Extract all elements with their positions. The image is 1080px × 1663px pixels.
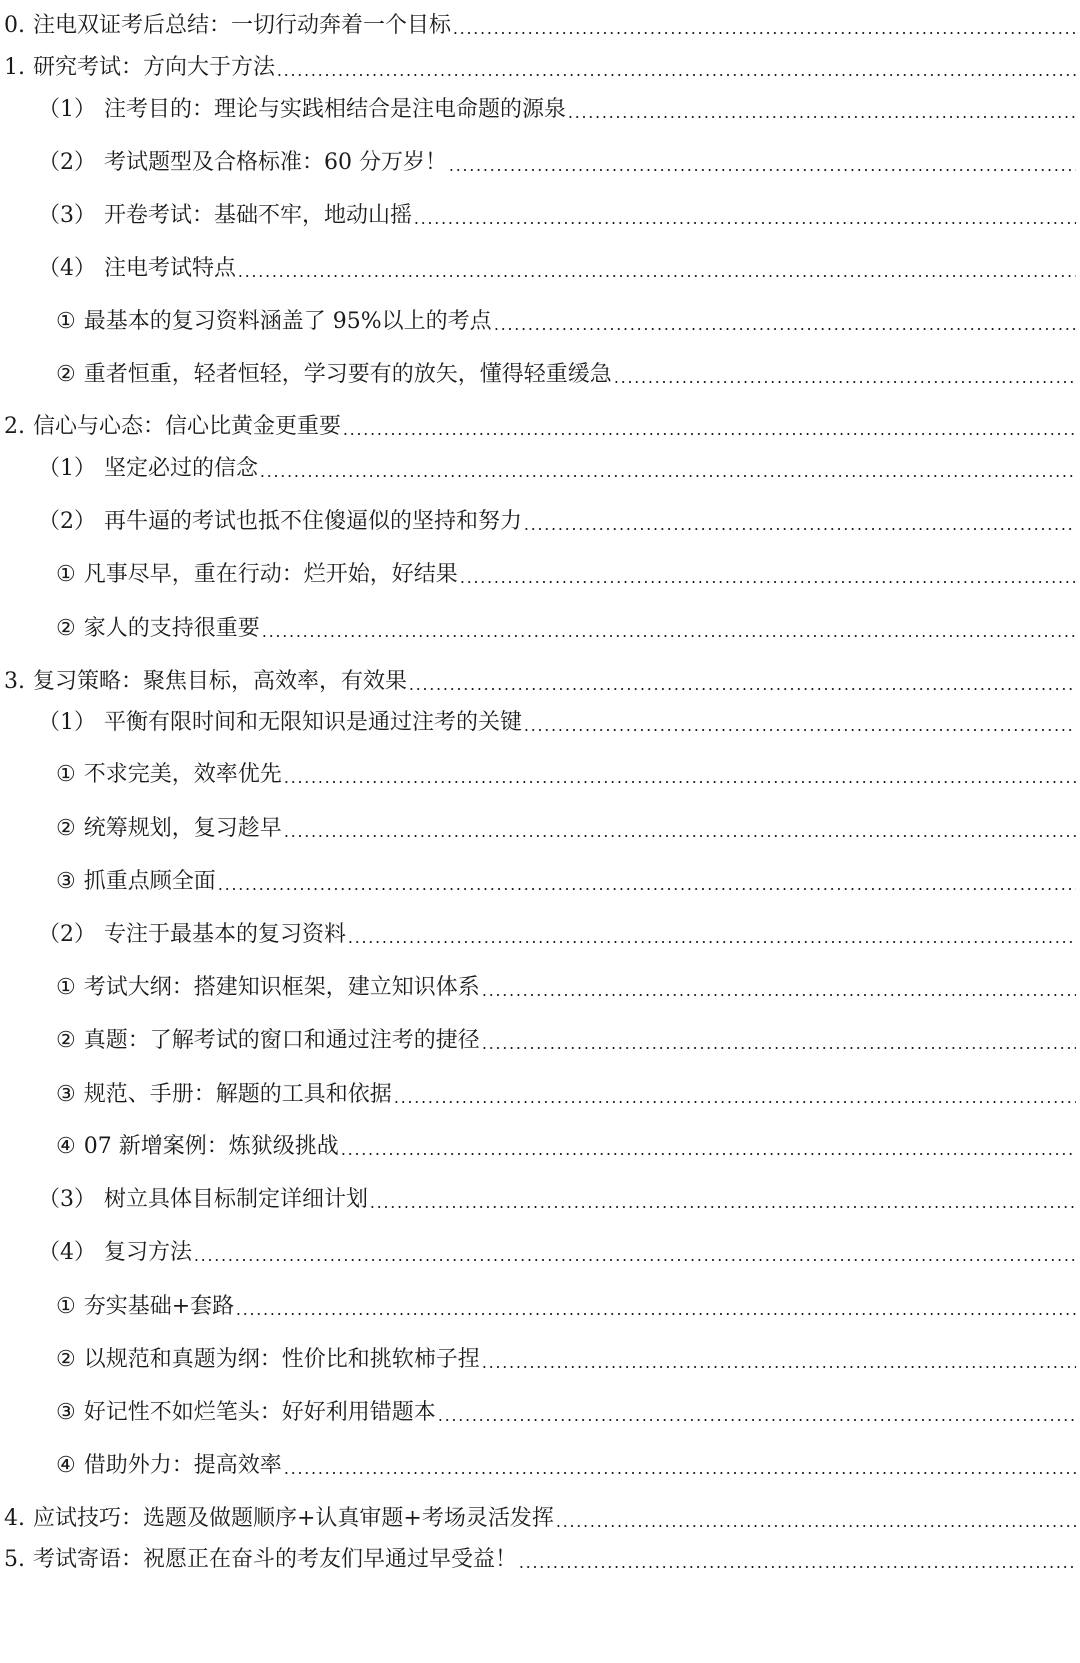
dot-leader [452,32,1076,34]
entry-title: 最基本的复习资料涵盖了 95%以上的考点 [84,309,492,334]
toc-entry[interactable]: ②统筹规划，复习趁早 [0,803,1076,843]
entry-number: ③ [56,1081,76,1109]
toc-entry[interactable]: （3）开卷考试：基础不牢，地动山摇 [0,190,1076,230]
dot-leader [217,888,1076,890]
toc-entry[interactable]: 2.信心与心态：信心比黄金更重要 [0,401,1076,441]
toc-entry[interactable]: 1.研究考试：方向大于方法 [0,42,1076,82]
entry-number: （1） [38,455,96,483]
table-of-contents: 0.注电双证考后总结：一切行动奔着一个目标 1.研究考试：方向大于方法 （1）注… [0,0,1080,1663]
entry-title: 统筹规划，复习趁早 [84,816,282,841]
toc-entry[interactable]: ②家人的支持很重要 [0,603,1076,643]
toc-entry[interactable]: ②以规范和真题为纲：性价比和挑软柿子捏 [0,1334,1076,1374]
toc-entry[interactable]: （2）专注于最基本的复习资料 [0,909,1076,949]
toc-entry[interactable]: 4.应试技巧：选题及做题顺序+认真审题+考场灵活发挥 [0,1493,1076,1533]
entry-title: 复习策略：聚焦目标，高效率，有效果 [33,669,407,694]
entry-number: （4） [38,255,96,283]
entry-number: （1） [38,96,96,124]
entry-number: ④ [56,1133,76,1161]
dot-leader [555,1525,1076,1527]
dot-leader [276,74,1076,76]
entry-number: ④ [56,1452,76,1480]
dot-leader [567,116,1076,118]
dot-leader [518,1566,1076,1568]
entry-title: 凡事尽早，重在行动：烂开始，好结果 [84,562,458,587]
entry-number: （4） [38,1239,96,1267]
entry-number: （3） [38,1186,96,1214]
dot-leader [413,222,1076,224]
dot-leader [193,1259,1076,1261]
entry-title: 注电双证考后总结：一切行动奔着一个目标 [33,13,451,38]
entry-title: 考试大纲：搭建知识框架，建立知识体系 [84,975,480,1000]
entry-title: 真题：了解考试的窗口和通过注考的捷径 [84,1028,480,1053]
dot-leader [613,381,1076,383]
entry-number: 5. [4,1546,25,1574]
toc-entry[interactable]: （1）平衡有限时间和无限知识是通过注考的关键 [0,697,1076,737]
entry-number: 0. [4,12,25,40]
toc-entry[interactable]: ①最基本的复习资料涵盖了 95%以上的考点 [0,296,1076,336]
dot-leader [237,275,1076,277]
entry-title: 考试寄语：祝愿正在奋斗的考友们早通过早受益！ [33,1547,517,1572]
toc-entry[interactable]: （1）注考目的：理论与实践相结合是注电命题的源泉 [0,84,1076,124]
entry-title: 专注于最基本的复习资料 [104,922,346,947]
entry-title: 树立具体目标制定详细计划 [104,1187,368,1212]
dot-leader [347,941,1076,943]
entry-title: 考试题型及合格标准：60 分万岁！ [104,150,447,175]
toc-entry[interactable]: （4）复习方法 [0,1227,1076,1267]
dot-leader [493,328,1076,330]
toc-entry[interactable]: ①夯实基础+套路 [0,1281,1076,1321]
entry-title: 坚定必过的信念 [104,456,258,481]
dot-leader [481,994,1076,996]
toc-entry[interactable]: ②重者恒重，轻者恒轻，学习要有的放矢，懂得轻重缓急 [0,349,1076,389]
entry-number: ② [56,1027,76,1055]
entry-title: 规范、手册：解题的工具和依据 [84,1082,392,1107]
toc-entry[interactable]: （2）再牛逼的考试也抵不住傻逼似的坚持和努力 [0,496,1076,536]
toc-entry[interactable]: ④07 新增案例：炼狱级挑战 [0,1121,1076,1161]
entry-number: ② [56,615,76,643]
dot-leader [342,433,1076,435]
toc-entry[interactable]: （1）坚定必过的信念 [0,443,1076,483]
entry-title: 复习方法 [104,1240,192,1265]
toc-entry[interactable]: 3.复习策略：聚焦目标，高效率，有效果 [0,656,1076,696]
entry-number: ① [56,761,76,789]
entry-number: 3. [4,668,25,696]
dot-leader [523,528,1076,530]
dot-leader [437,1419,1076,1421]
dot-leader [481,1366,1076,1368]
entry-title: 注电考试特点 [104,256,236,281]
dot-leader [283,835,1076,837]
entry-title: 注考目的：理论与实践相结合是注电命题的源泉 [104,97,566,122]
dot-leader [459,581,1076,583]
entry-number: （2） [38,921,96,949]
entry-number: ① [56,974,76,1002]
toc-entry[interactable]: ③好记性不如烂笔头：好好利用错题本 [0,1387,1076,1427]
entry-number: ③ [56,1399,76,1427]
entry-title: 信心与心态：信心比黄金更重要 [33,414,341,439]
entry-title: 07 新增案例：炼狱级挑战 [84,1134,339,1159]
toc-entry[interactable]: 5.考试寄语：祝愿正在奋斗的考友们早通过早受益！ [0,1534,1076,1574]
dot-leader [340,1153,1076,1155]
entry-title: 应试技巧：选题及做题顺序+认真审题+考场灵活发挥 [33,1506,554,1531]
toc-entry[interactable]: ①凡事尽早，重在行动：烂开始，好结果 [0,549,1076,589]
entry-number: ② [56,1346,76,1374]
entry-number: ② [56,815,76,843]
entry-number: ① [56,1293,76,1321]
entry-number: ① [56,561,76,589]
entry-title: 以规范和真题为纲：性价比和挑软柿子捏 [84,1347,480,1372]
entry-number: （2） [38,508,96,536]
entry-title: 夯实基础+套路 [84,1294,234,1319]
dot-leader [261,635,1076,637]
entry-number: （2） [38,149,96,177]
dot-leader [408,688,1076,690]
toc-entry[interactable]: 0.注电双证考后总结：一切行动奔着一个目标 [0,0,1076,40]
entry-title: 开卷考试：基础不牢，地动山摇 [104,203,412,228]
dot-leader [393,1101,1076,1103]
entry-number: 1. [4,54,25,82]
toc-entry[interactable]: ③规范、手册：解题的工具和依据 [0,1069,1076,1109]
entry-number: 2. [4,413,25,441]
toc-entry[interactable]: ②真题：了解考试的窗口和通过注考的捷径 [0,1015,1076,1055]
dot-leader [448,169,1076,171]
dot-leader [259,475,1076,477]
entry-title: 再牛逼的考试也抵不住傻逼似的坚持和努力 [104,509,522,534]
dot-leader [283,781,1076,783]
dot-leader [369,1206,1076,1208]
toc-entry[interactable]: （2）考试题型及合格标准：60 分万岁！ [0,137,1076,177]
entry-title: 家人的支持很重要 [84,616,260,641]
dot-leader [523,729,1076,731]
entry-number: （3） [38,202,96,230]
toc-entry[interactable]: （4）注电考试特点 [0,243,1076,283]
toc-entry[interactable]: ④借助外力：提高效率 [0,1440,1076,1480]
dot-leader [235,1313,1076,1315]
dot-leader [481,1047,1076,1049]
entry-number: ② [56,361,76,389]
toc-entry[interactable]: ①考试大纲：搭建知识框架，建立知识体系 [0,962,1076,1002]
entry-title: 抓重点顾全面 [84,869,216,894]
entry-number: （1） [38,709,96,737]
entry-title: 好记性不如烂笔头：好好利用错题本 [84,1400,436,1425]
entry-number: ③ [56,868,76,896]
entry-number: ① [56,308,76,336]
toc-entry[interactable]: ③抓重点顾全面 [0,856,1076,896]
entry-title: 不求完美，效率优先 [84,762,282,787]
toc-entry[interactable]: ①不求完美，效率优先 [0,749,1076,789]
entry-title: 借助外力：提高效率 [84,1453,282,1478]
toc-entry[interactable]: （3）树立具体目标制定详细计划 [0,1174,1076,1214]
entry-title: 平衡有限时间和无限知识是通过注考的关键 [104,710,522,735]
entry-number: 4. [4,1505,25,1533]
dot-leader [283,1472,1076,1474]
entry-title: 重者恒重，轻者恒轻，学习要有的放矢，懂得轻重缓急 [84,362,612,387]
entry-title: 研究考试：方向大于方法 [33,55,275,80]
